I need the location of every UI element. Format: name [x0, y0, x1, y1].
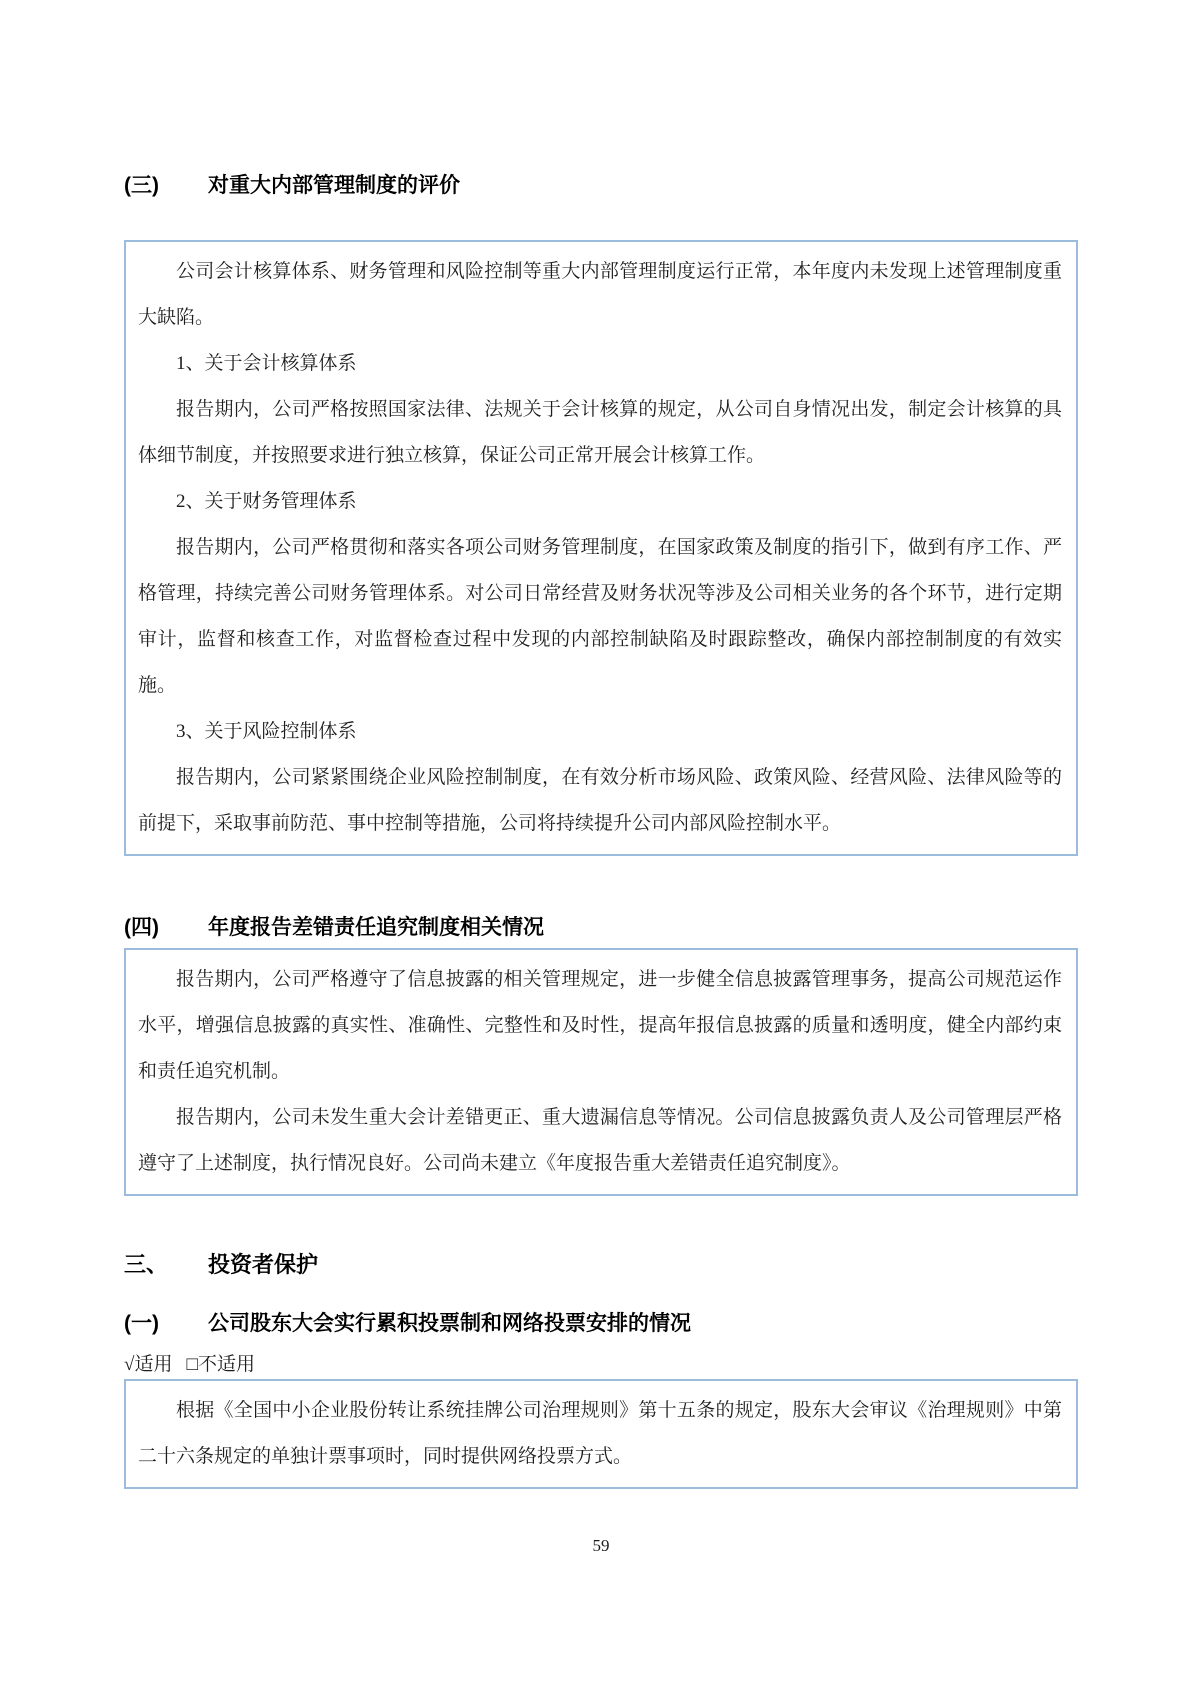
paragraph: 公司会计核算体系、财务管理和风险控制等重大内部管理制度运行正常，本年度内未发现上…: [138, 249, 1062, 341]
section-title: 年度报告差错责任追究制度相关情况: [208, 914, 544, 942]
section-3-content-box: 公司会计核算体系、财务管理和风险控制等重大内部管理制度运行正常，本年度内未发现上…: [124, 240, 1078, 856]
section-heading-1: (一) 公司股东大会实行累积投票制和网络投票安排的情况: [124, 1310, 1078, 1338]
section-number: (一): [124, 1310, 208, 1338]
section-heading-3: (三) 对重大内部管理制度的评价: [124, 172, 1078, 200]
sub-heading: 3、关于风险控制体系: [138, 709, 1062, 755]
document-page: (三) 对重大内部管理制度的评价 公司会计核算体系、财务管理和风险控制等重大内部…: [0, 0, 1200, 1696]
not-applicable-label: 不适用: [198, 1354, 255, 1375]
section-1-content-box: 根据《全国中小企业股份转让系统挂牌公司治理规则》第十五条的规定，股东大会审议《治…: [124, 1379, 1078, 1489]
paragraph: 报告期内，公司严格遵守了信息披露的相关管理规定，进一步健全信息披露管理事务，提高…: [138, 957, 1062, 1095]
paragraph: 报告期内，公司严格贯彻和落实各项公司财务管理制度，在国家政策及制度的指引下，做到…: [138, 525, 1062, 709]
paragraph: 报告期内，公司未发生重大会计差错更正、重大遗漏信息等情况。公司信息披露负责人及公…: [138, 1095, 1062, 1187]
paragraph: 报告期内，公司严格按照国家法律、法规关于会计核算的规定，从公司自身情况出发，制定…: [138, 387, 1062, 479]
chapter-heading-3: 三、 投资者保护: [124, 1250, 1078, 1280]
not-applicable-option: □不适用: [186, 1354, 255, 1375]
sub-heading: 1、关于会计核算体系: [138, 341, 1062, 387]
page-footer: 59: [124, 1535, 1078, 1557]
section-title: 对重大内部管理制度的评价: [208, 172, 460, 200]
chapter-title: 投资者保护: [208, 1250, 318, 1280]
section-number: (三): [124, 172, 208, 200]
section-title: 公司股东大会实行累积投票制和网络投票安排的情况: [208, 1310, 691, 1338]
page-number: 59: [593, 1536, 610, 1555]
applicable-label: 适用: [134, 1354, 172, 1375]
section-number: (四): [124, 914, 208, 942]
chapter-number: 三、: [124, 1250, 208, 1280]
section-4-content-box: 报告期内，公司严格遵守了信息披露的相关管理规定，进一步健全信息披露管理事务，提高…: [124, 948, 1078, 1196]
section-heading-4: (四) 年度报告差错责任追究制度相关情况: [124, 914, 1078, 942]
paragraph: 报告期内，公司紧紧围绕企业风险控制制度，在有效分析市场风险、政策风险、经营风险、…: [138, 755, 1062, 847]
applicability-line: √适用□不适用: [124, 1352, 1078, 1378]
checkmark-icon: √: [124, 1352, 134, 1378]
sub-heading: 2、关于财务管理体系: [138, 479, 1062, 525]
applicable-option: √适用: [124, 1354, 172, 1375]
empty-checkbox-icon: □: [186, 1352, 197, 1378]
paragraph: 根据《全国中小企业股份转让系统挂牌公司治理规则》第十五条的规定，股东大会审议《治…: [138, 1388, 1062, 1480]
